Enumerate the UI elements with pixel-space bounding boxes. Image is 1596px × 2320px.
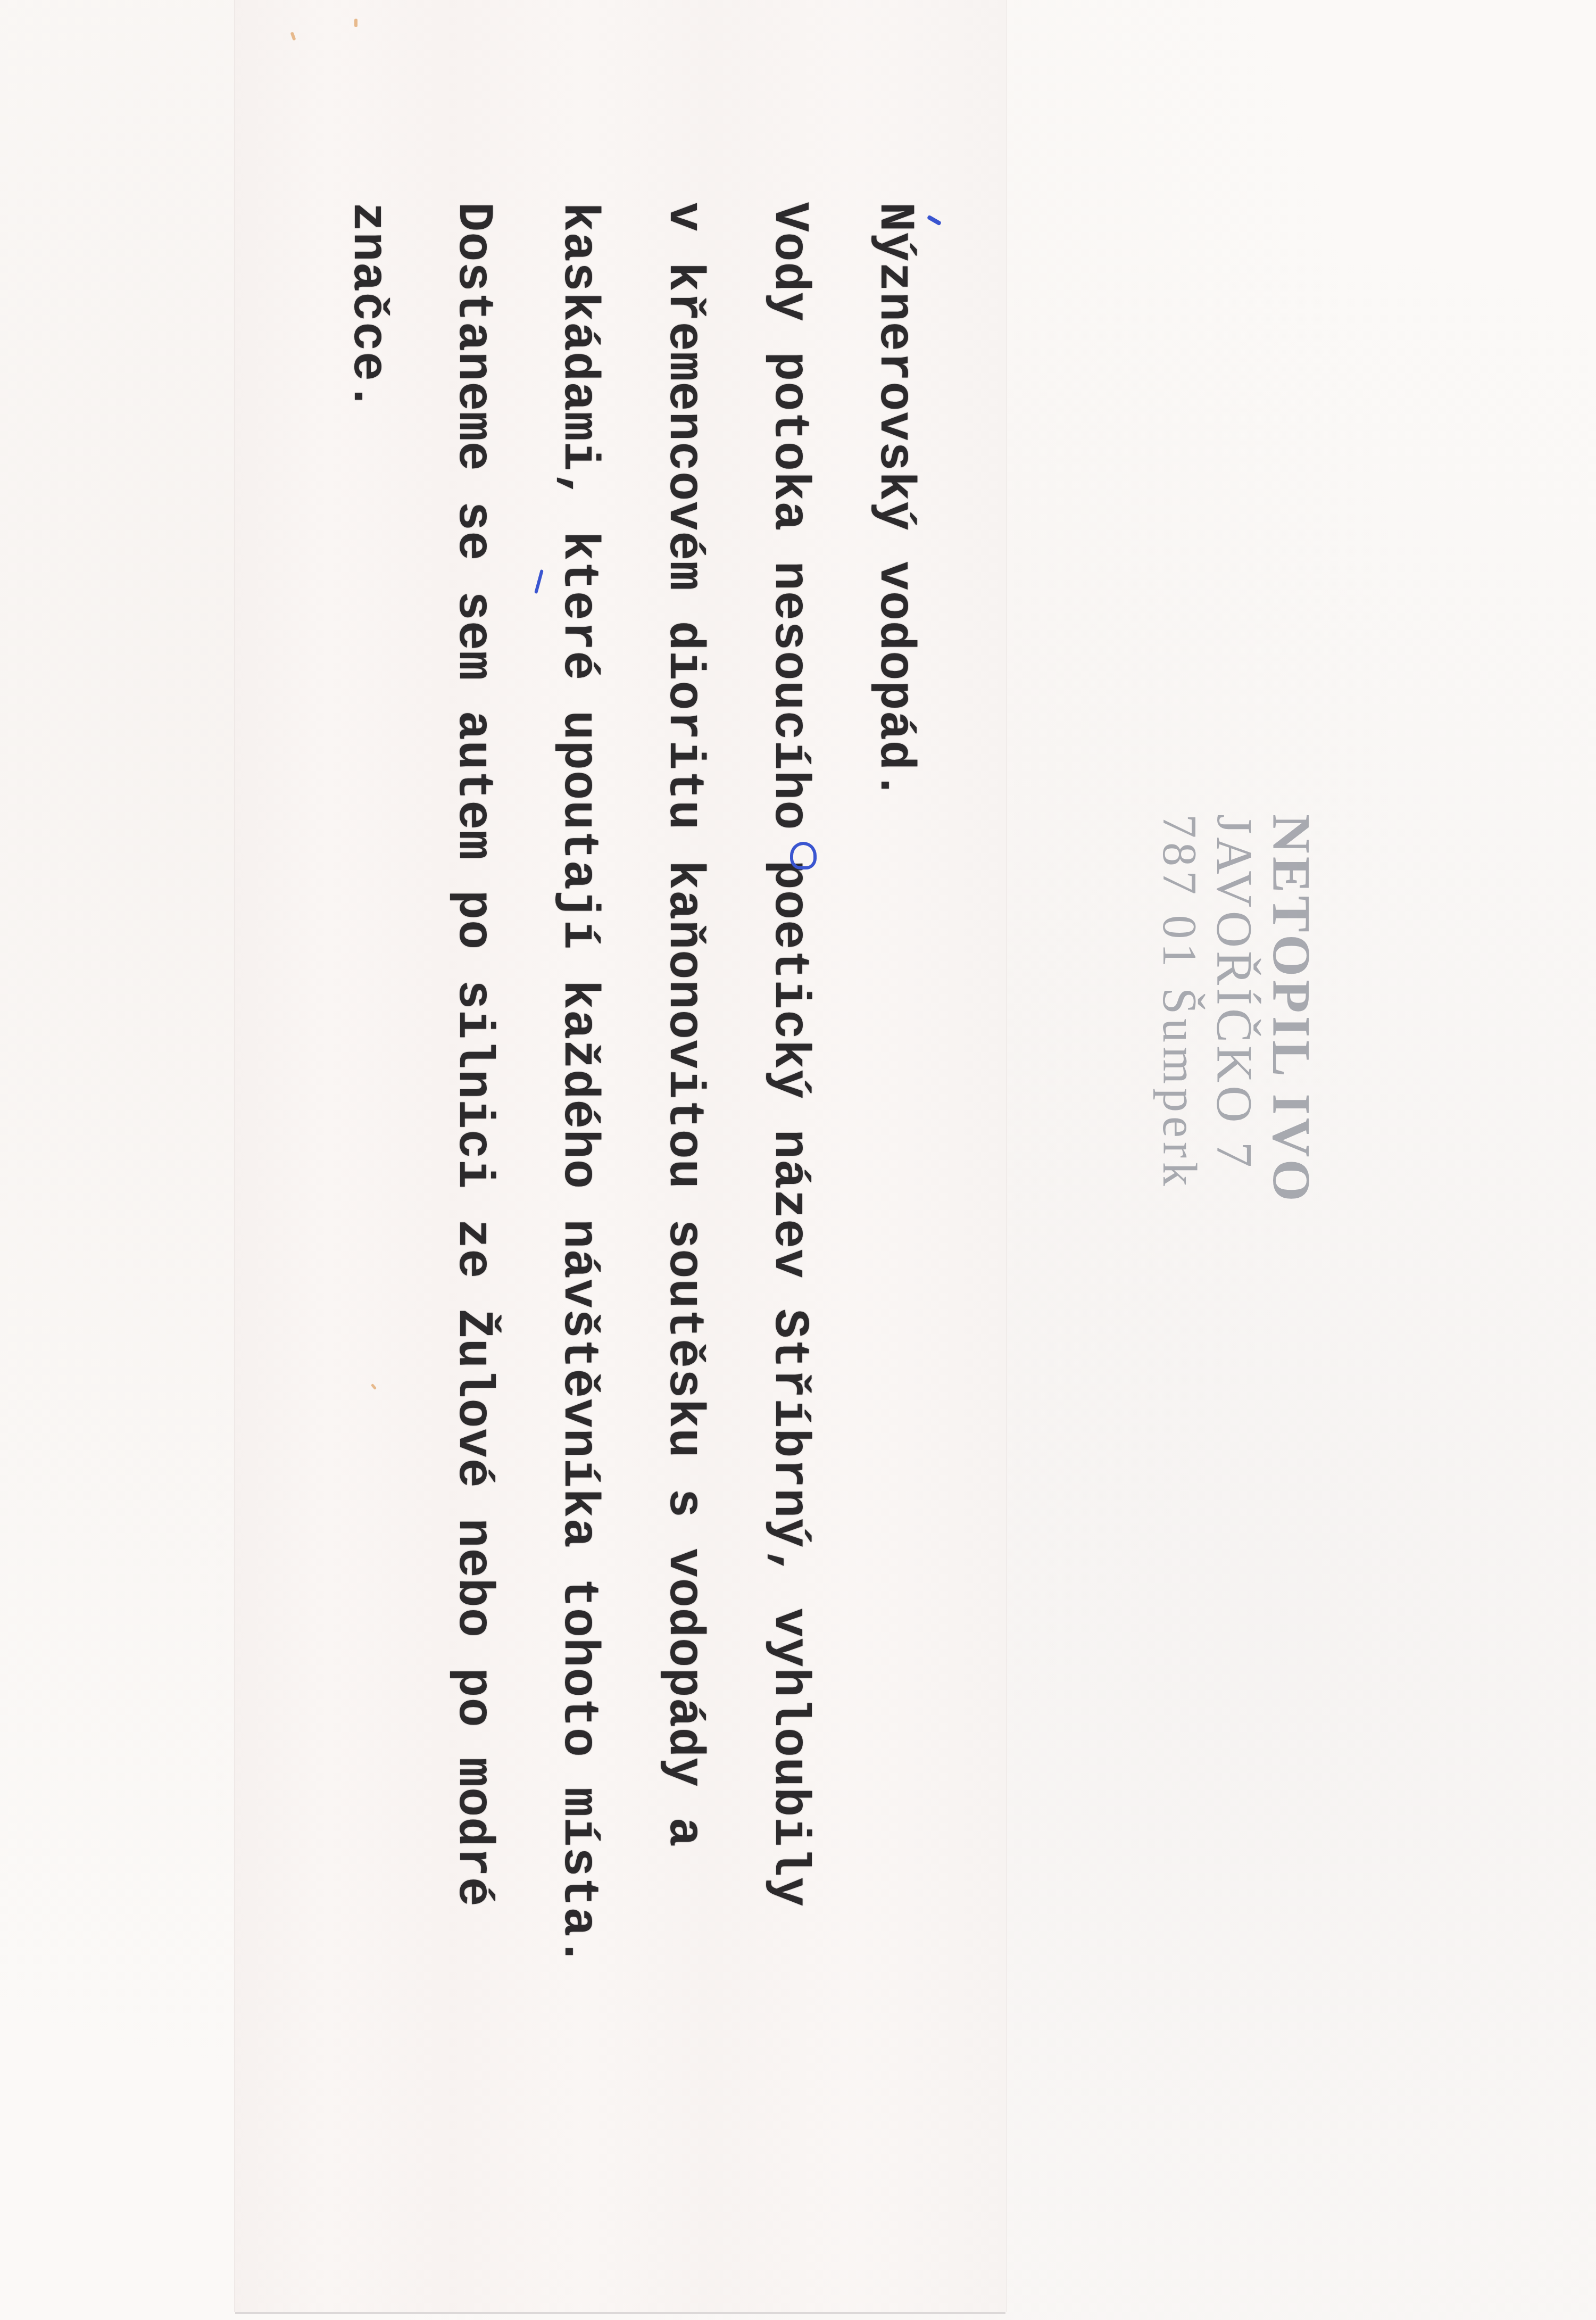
address-stamp: NETOPIL IVO JAVOŘÍČKO 7 787 01 Šumperk [1151, 814, 1319, 1205]
stamp-name: NETOPIL IVO [1262, 814, 1319, 1205]
stamp-city: 787 01 Šumperk [1151, 814, 1207, 1205]
typed-line: kaskádami, které upoutají každého návště… [526, 202, 631, 1967]
typed-line: Dostaneme se sem autem po silnici ze Žul… [420, 202, 526, 1967]
typed-text-block: Nýznerovský vodopád. Vody potoka nesoucí… [315, 202, 947, 1967]
stamp-street: JAVOŘÍČKO 7 [1207, 814, 1262, 1205]
paper-speck [354, 19, 358, 27]
typed-line: v křemencovém dioritu kaňonovitou soutěs… [631, 202, 736, 1967]
typed-line: Vody potoka nesoucího poetický název Stř… [736, 202, 842, 1967]
scanned-page: Nýznerovský vodopád. Vody potoka nesoucí… [0, 0, 1596, 2320]
typed-line: značce. [315, 202, 420, 1967]
typed-line-title: Nýznerovský vodopád. [842, 202, 947, 1967]
pen-insertion-mark [790, 842, 817, 869]
